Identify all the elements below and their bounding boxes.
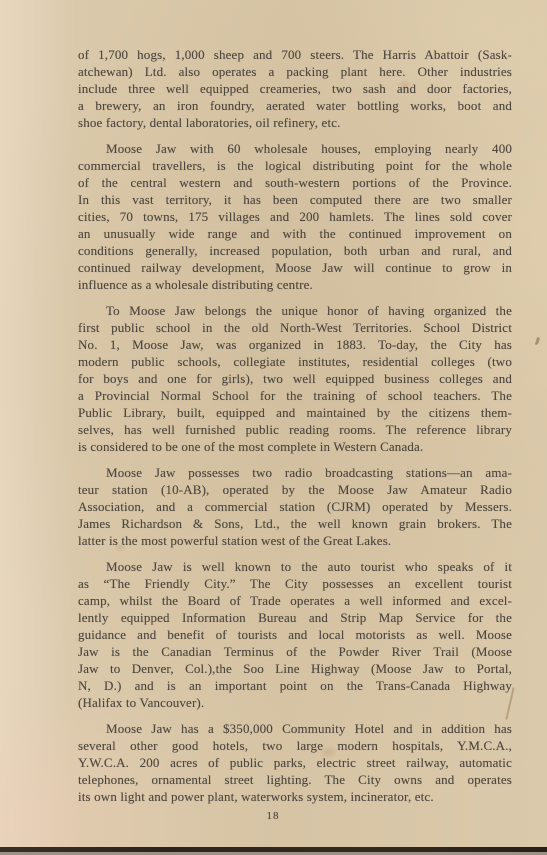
text-line: conditions generally, increased populati… [78,242,512,259]
text-line: a Provincial Normal School for the train… [78,387,512,404]
paragraph: To Moose Jaw belongs the unique honor of… [78,302,512,455]
text-line: for boys and one for girls), two well eq… [78,370,512,387]
text-line: teur station (10-AB), operated by the Mo… [78,481,512,498]
text-line: latter is the most powerful station west… [78,532,512,549]
text-line: guidance and benefit of tourists and loc… [78,626,512,643]
text-line: first public school in the old North-Wes… [78,319,512,336]
text-line: Jaw to Denver, Col.),the Soo Line Highwa… [78,660,512,677]
text-line: its own light and power plant, waterwork… [78,788,512,805]
text-line: commercial travellers, is the logical di… [78,157,512,174]
text-line: continued railway development, Moose Jaw… [78,259,512,276]
text-line: an unusually wide range and with the con… [78,225,512,242]
text-line: several other good hotels, two large mod… [78,737,512,754]
text-line: No. 1, Moose Jaw, was organized in 1883.… [78,336,512,353]
text-block: of 1,700 hogs, 1,000 sheep and 700 steer… [78,46,512,805]
book-page: of 1,700 hogs, 1,000 sheep and 700 steer… [0,0,547,855]
paragraph: Moose Jaw is well known to the auto tour… [78,558,512,711]
text-line: cities, 70 towns, 175 villages and 200 h… [78,208,512,225]
text-line: influence as a wholesale distributing ce… [78,276,512,293]
paragraph: Moose Jaw possesses two radio broadcasti… [78,464,512,549]
text-line: (Halifax to Vancouver). [78,694,512,711]
text-line: Moose Jaw with 60 wholesale houses, empl… [78,140,512,157]
paragraph: Moose Jaw has a $350,000 Community Hotel… [78,720,512,805]
text-line: of 1,700 hogs, 1,000 sheep and 700 steer… [78,46,512,63]
text-line: To Moose Jaw belongs the unique honor of… [78,302,512,319]
text-line: shoe factory, dental laboratories, oil r… [78,114,512,131]
text-line: Public Library, built, equipped and main… [78,404,512,421]
text-line: modern public schools, collegiate instit… [78,353,512,370]
text-line: Y.W.C.A. 200 acres of public parks, elec… [78,754,512,771]
text-line: of the central western and south-western… [78,174,512,191]
text-line: as “The Friendly City.” The City possess… [78,575,512,592]
text-line: Association, and a commercial station (C… [78,498,512,515]
text-line: N, D.) and is an important point on the … [78,677,512,694]
text-line: camp, whilst the Board of Trade operates… [78,592,512,609]
text-line: a brewery, an iron foundry, aerated wate… [78,97,512,114]
text-line: Jaw is the Canadian Terminus of the Powd… [78,643,512,660]
text-line: Moose Jaw possesses two radio broadcasti… [78,464,512,481]
paragraph: Moose Jaw with 60 wholesale houses, empl… [78,140,512,293]
text-line: include three well equipped creameries, … [78,80,512,97]
page-number: 18 [56,810,490,822]
text-line: selves, has well furnished public readin… [78,421,512,438]
text-line: is considered to be one of the most comp… [78,438,512,455]
text-line: Moose Jaw is well known to the auto tour… [78,558,512,575]
text-line: James Richardson & Sons, Ltd., the well … [78,515,512,532]
text-line: telephones, ornamental street lighting. … [78,771,512,788]
text-line: In this vast territory, it has been comp… [78,191,512,208]
text-line: Moose Jaw has a $350,000 Community Hotel… [78,720,512,737]
paragraph: of 1,700 hogs, 1,000 sheep and 700 steer… [78,46,512,131]
text-line: lently equipped Information Bureau and S… [78,609,512,626]
ink-mark-artifact [535,337,540,346]
text-line: atchewan) Ltd. also operates a packing p… [78,63,512,80]
